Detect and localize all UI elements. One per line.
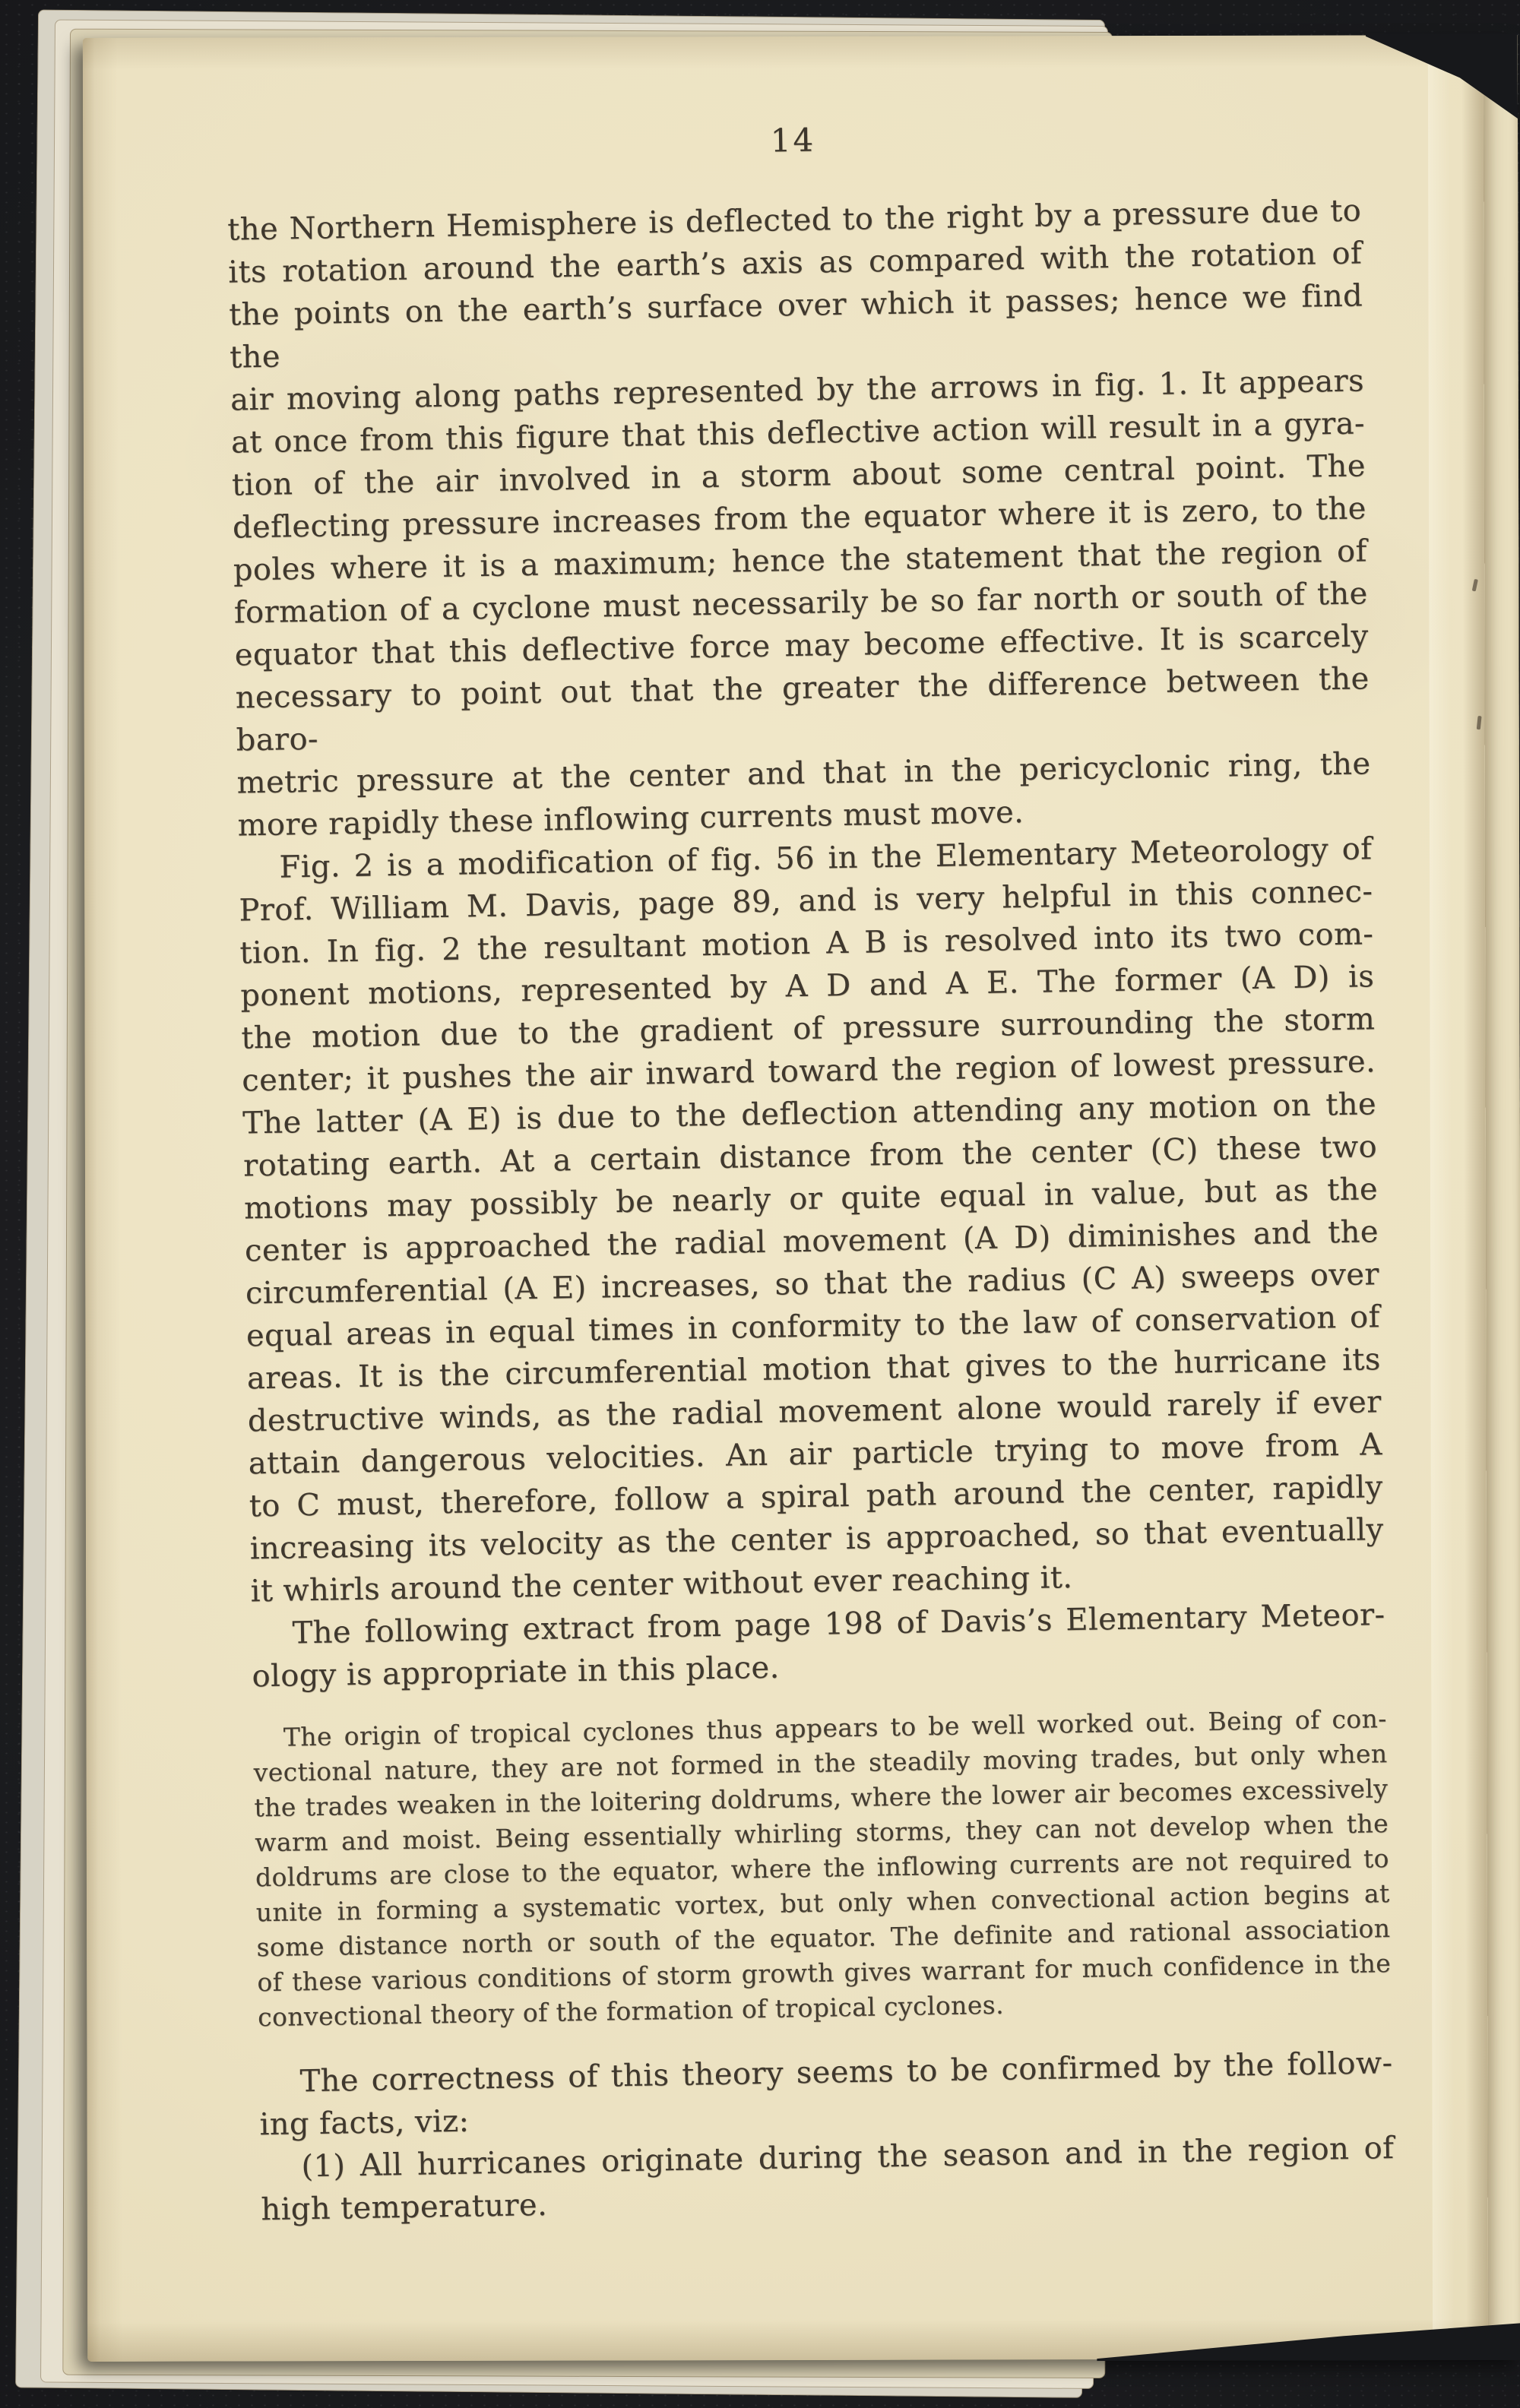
paragraph-davis-extract: The origin of tropical cyclones thus app… — [253, 1701, 1392, 2035]
book-page: 14 the Northern Hemisphere is deflected … — [83, 35, 1520, 2362]
book-scan: 14 the Northern Hemisphere is deflected … — [0, 0, 1520, 2408]
paragraph-continuation: the Northern Hemisphere is deflected to … — [227, 189, 1372, 846]
paragraph-extract-intro: The following extract from page 198 of D… — [251, 1593, 1386, 1698]
paragraph-fact-1: (1) All hurricanes originate during the … — [260, 2127, 1395, 2231]
paragraph-fig2: Fig. 2 is a modification of fig. 56 in t… — [238, 827, 1385, 1612]
adjacent-page-edge — [1484, 35, 1520, 2359]
page-number: 14 — [226, 112, 1360, 169]
page-content: 14 the Northern Hemisphere is deflected … — [226, 112, 1395, 2231]
